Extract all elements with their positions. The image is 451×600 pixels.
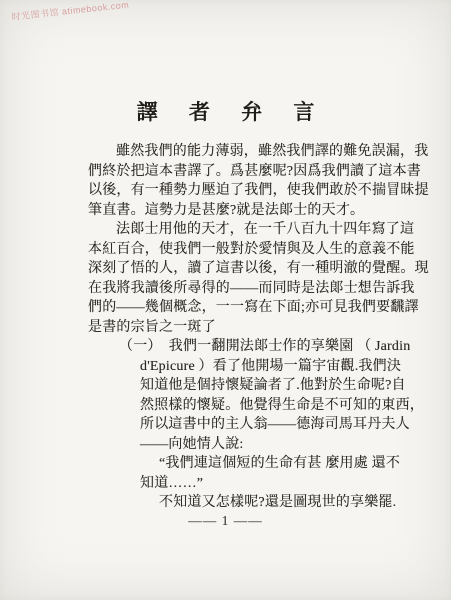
text-line: 雖然我們的能力薄弱，雖然我們譯的難免誤漏，我 [88,142,418,162]
text-line: 不知道又怎樣呢?還是圖現世的享樂罷. [88,493,418,513]
text-line: d'Epicure ）看了他開場一篇宇宙觀.我們決 [88,357,418,377]
text-line: 們的——幾個概念，一一寫在下面;亦可見我們要飜譯 [88,298,418,318]
text-line: 筆直書。這勢力是甚麼?就是法郞士的天才。 [88,201,418,221]
text-line: 們終於把這本書譯了。爲甚麼呢?因爲我們讀了這本書 [88,162,418,182]
preface-text: 雖然我們的能力薄弱，雖然我們譯的難免誤漏，我 們終於把這本書譯了。爲甚麼呢?因爲… [88,142,418,513]
text-line: 是書的宗旨之一斑了 [88,318,418,338]
text-line: 所以這書中的主人翁——德海司馬耳丹夫人 [88,415,418,435]
text-line: 本紅百合，使我們一般對於愛情與及人生的意義不能 [88,240,418,260]
text-line: ——向她情人說: [88,435,418,455]
text-line: （一） 我們一翻開法郞士作的享樂園 （ Jardin [88,337,418,357]
text-line: 知道他是個持懷疑論者了.他對於生命呢?自 [88,376,418,396]
text-line: 法郞士用他的天才，在一千八百九十四年寫了這 [88,220,418,240]
text-line: “我們連這個短的生命有甚 麼用處 還不 [88,454,418,474]
watermark: 时光图书馆 atimebook.com [11,0,130,23]
page-title: 譯 者 弁 言 [0,96,451,126]
text-line: 在我將我讀後所尋得的——而同時是法郞士想告訴我 [88,279,418,299]
page-number: —— 1 —— [0,513,451,529]
text-line: 以後，有一種勢力壓迫了我們，使我們敢於不揣冒昧提 [88,181,418,201]
text-line: 知道……” [88,474,418,494]
book-page: 时光图书馆 atimebook.com 譯 者 弁 言 雖然我們的能力薄弱，雖然… [0,0,451,600]
text-line: 然照樣的懷疑。他覺得生命是不可知的東西， [88,396,418,416]
text-line: 深刻了悟的人，讀了這書以後，有一種明澈的覺醒。現 [88,259,418,279]
